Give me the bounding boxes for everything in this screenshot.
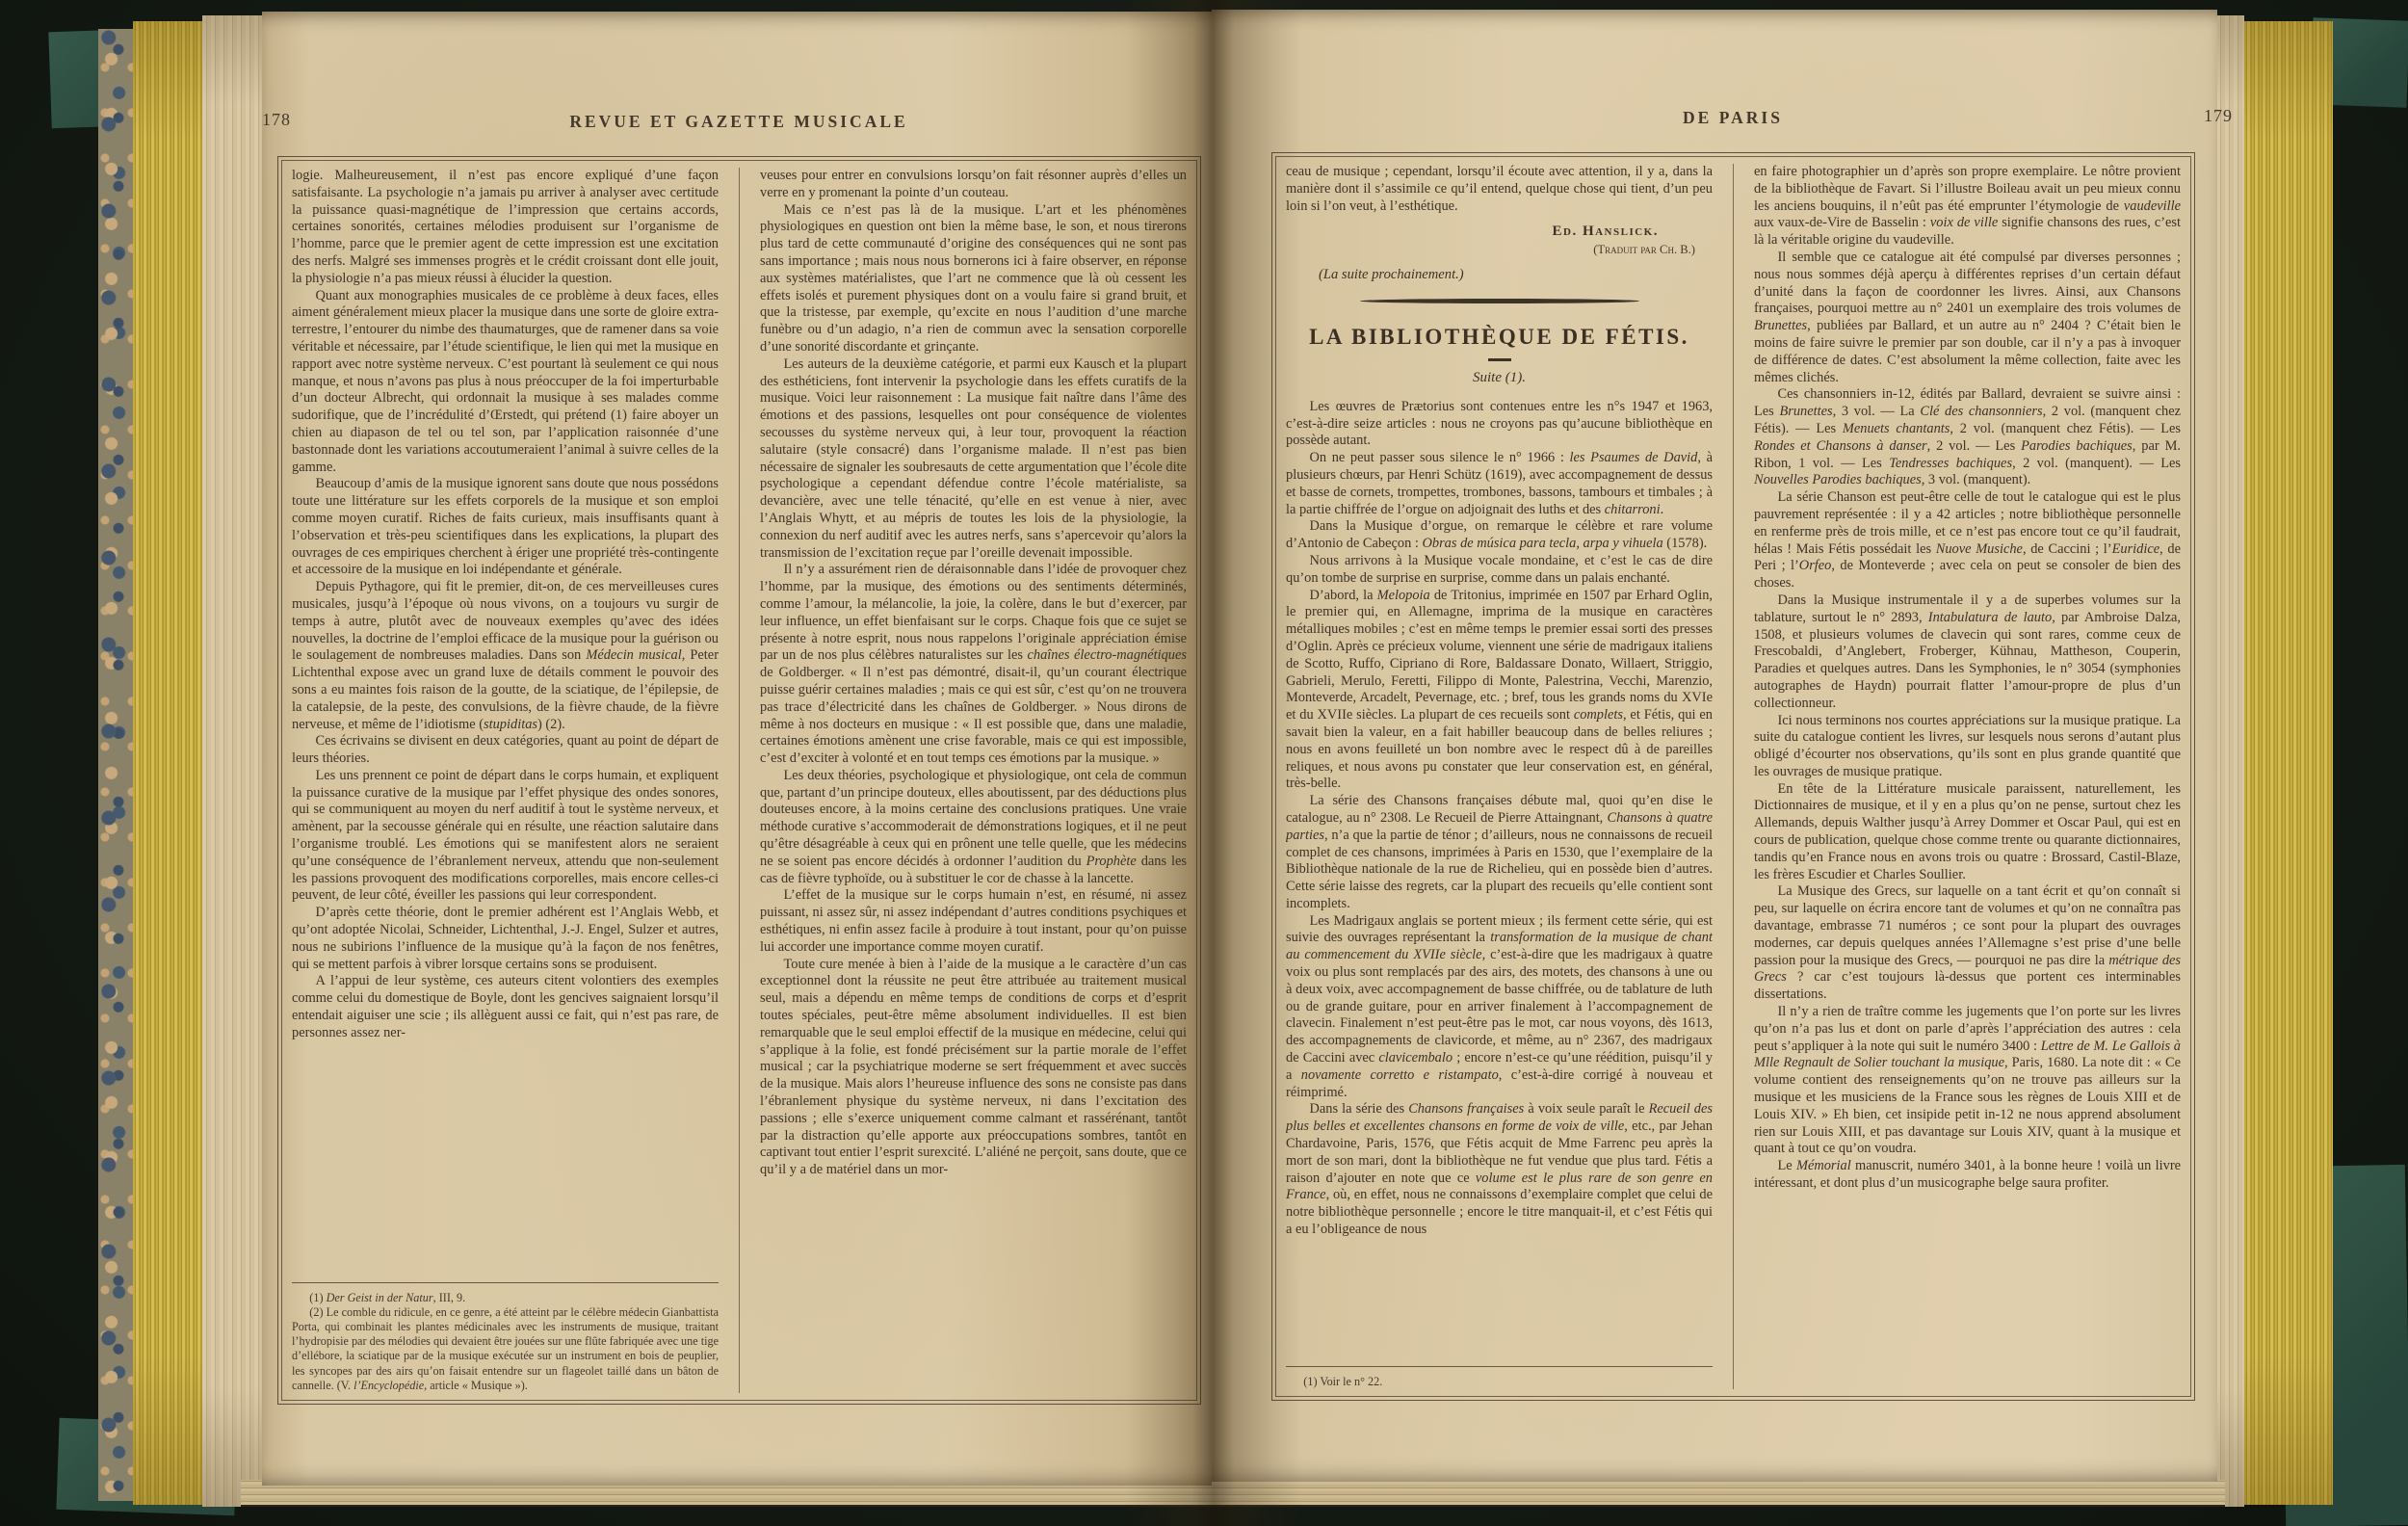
paragraph: Les Madrigaux anglais se portent mieux ;… xyxy=(1286,913,1713,1102)
paragraph: On ne peut passer sous silence le n° 196… xyxy=(1286,450,1713,518)
paragraph: La série Chanson est peut-être celle de … xyxy=(1754,489,2181,592)
right-column-1-text: Les œuvres de Prætorius sont contenues e… xyxy=(1286,399,1713,1239)
rule-frame-left: logie. Malheureusement, il n’est pas enc… xyxy=(277,156,1201,1405)
section-title: LA BIBLIOTHÈQUE DE FÉTIS. xyxy=(1286,325,1713,350)
section-subtitle: Suite (1). xyxy=(1286,370,1713,386)
paragraph: D’abord, la Melopoia de Tritonius, impri… xyxy=(1286,588,1713,794)
paragraph: La Musique des Grecs, sur laquelle on a … xyxy=(1754,883,2181,1004)
paragraph: Les uns prennent ce point de départ dans… xyxy=(292,768,719,905)
paragraph: Dans la série des Chansons françaises à … xyxy=(1286,1101,1713,1238)
paragraph: D’après cette théorie, dont le premier a… xyxy=(292,905,719,973)
paragraph: Nous arrivons à la Musique vocale mondai… xyxy=(1286,553,1713,588)
paragraph: Ici nous terminons nos courtes appréciat… xyxy=(1754,713,2181,781)
left-page-columns: logie. Malheureusement, il n’est pas enc… xyxy=(292,168,1187,1393)
paragraph: Il n’y a assurément rien de déraisonnabl… xyxy=(760,562,1187,768)
marbled-board-edge xyxy=(98,29,133,1501)
right-column-2-text: en faire photographier un d’après son pr… xyxy=(1754,164,2181,1193)
left-column-2-text: veuses pour entrer en convulsions lorsqu… xyxy=(760,168,1187,1179)
paragraph: Le Mémorial manuscrit, numéro 3401, à la… xyxy=(1754,1158,2181,1193)
paragraph: Dans la Musique instrumentale il y a de … xyxy=(1754,592,2181,713)
paragraph: Mais ce n’est pas là de la musique. L’ar… xyxy=(760,202,1187,356)
right-page-columns: ceau de musique ; cependant, lorsqu’il é… xyxy=(1286,164,2181,1389)
rule-frame-left-inner: logie. Malheureusement, il n’est pas enc… xyxy=(281,160,1197,1401)
paragraph: Depuis Pythagore, qui fit le premier, di… xyxy=(292,579,719,733)
paragraph: Il n’y a rien de traître comme les jugem… xyxy=(1754,1004,2181,1158)
paragraph: Dans la Musique d’orgue, on remarque le … xyxy=(1286,518,1713,553)
paragraph: Il semble que ce catalogue ait été compu… xyxy=(1754,250,2181,386)
paragraph: L’effet de la musique sur le corps humai… xyxy=(760,887,1187,956)
hanslick-article-end: ceau de musique ; cependant, lorsqu’il é… xyxy=(1286,164,1713,215)
rule-frame-right: ceau de musique ; cependant, lorsqu’il é… xyxy=(1271,152,2195,1401)
right-column-1: ceau de musique ; cependant, lorsqu’il é… xyxy=(1286,164,1713,1389)
running-head-left: REVUE ET GAZETTE MUSICALE xyxy=(277,112,1200,132)
paragraph: veuses pour entrer en convulsions lorsqu… xyxy=(760,168,1187,202)
column-divider-rule xyxy=(739,168,740,1393)
paragraph: Beaucoup d’amis de la musique ignorent s… xyxy=(292,476,719,579)
paragraph: en faire photographier un d’après son pr… xyxy=(1754,164,2181,250)
paragraph: (1) Voir le n° 22. xyxy=(1286,1375,1713,1389)
section-divider-rule xyxy=(1360,299,1639,303)
paragraph: En tête de la Littérature musicale parai… xyxy=(1754,781,2181,884)
paragraph: (1) Der Geist in der Natur, III, 9. xyxy=(292,1291,719,1305)
book-scan: 178 REVUE ET GAZETTE MUSICALE logie. Mal… xyxy=(0,0,2408,1526)
page-edge-stack-left xyxy=(202,15,262,1507)
page-right: DE PARIS 179 ceau de musique ; cependant… xyxy=(1212,10,2217,1482)
left-column-2: veuses pour entrer en convulsions lorsqu… xyxy=(760,168,1187,1393)
paragraph: logie. Malheureusement, il n’est pas enc… xyxy=(292,168,719,288)
rule-frame-right-inner: ceau de musique ; cependant, lorsqu’il é… xyxy=(1275,156,2191,1397)
gilt-fore-edge-right xyxy=(2244,21,2333,1505)
left-column-1: logie. Malheureusement, il n’est pas enc… xyxy=(292,168,719,1393)
left-column-1-footnotes: (1) Der Geist in der Natur, III, 9.(2) L… xyxy=(292,1291,719,1393)
gilt-fore-edge-left xyxy=(133,21,202,1505)
author-signature: Ed. Hanslick. xyxy=(1286,224,1713,240)
paragraph: La série des Chansons françaises débute … xyxy=(1286,793,1713,913)
section-title-dash xyxy=(1488,358,1511,360)
running-head-right: DE PARIS xyxy=(1271,108,2194,128)
right-column-2: en faire photographier un d’après son pr… xyxy=(1754,164,2181,1389)
paragraph: Les œuvres de Prætorius sont contenues e… xyxy=(1286,399,1713,450)
paragraph: Toute cure menée à bien à l’aide de la m… xyxy=(760,957,1187,1179)
footnote-separator xyxy=(292,1282,719,1289)
column-divider-rule xyxy=(1733,164,1734,1389)
paragraph: Ces écrivains se divisent en deux catégo… xyxy=(292,733,719,768)
continuation-note: (La suite prochainement.) xyxy=(1286,267,1713,283)
left-column-1-text: logie. Malheureusement, il n’est pas enc… xyxy=(292,168,719,1042)
page-left: 178 REVUE ET GAZETTE MUSICALE logie. Mal… xyxy=(262,12,1212,1486)
paragraph: ceau de musique ; cependant, lorsqu’il é… xyxy=(1286,164,1713,215)
paragraph: Quant aux monographies musicales de ce p… xyxy=(292,288,719,477)
paragraph: A l’appui de leur système, ces auteurs c… xyxy=(292,973,719,1041)
paragraph: (2) Le comble du ridicule, en ce genre, … xyxy=(292,1305,719,1393)
footnote-separator xyxy=(1286,1366,1713,1373)
translator-credit: (Traduit par Ch. B.) xyxy=(1286,243,1713,257)
paragraph: Les deux théories, psychologique et phys… xyxy=(760,768,1187,888)
right-column-1-footnotes: (1) Voir le n° 22. xyxy=(1286,1375,1713,1389)
paragraph: Ces chansonniers in-12, édités par Balla… xyxy=(1754,386,2181,489)
paragraph: Les auteurs de la deuxième catégorie, et… xyxy=(760,356,1187,563)
page-number-right: 179 xyxy=(2204,106,2233,126)
